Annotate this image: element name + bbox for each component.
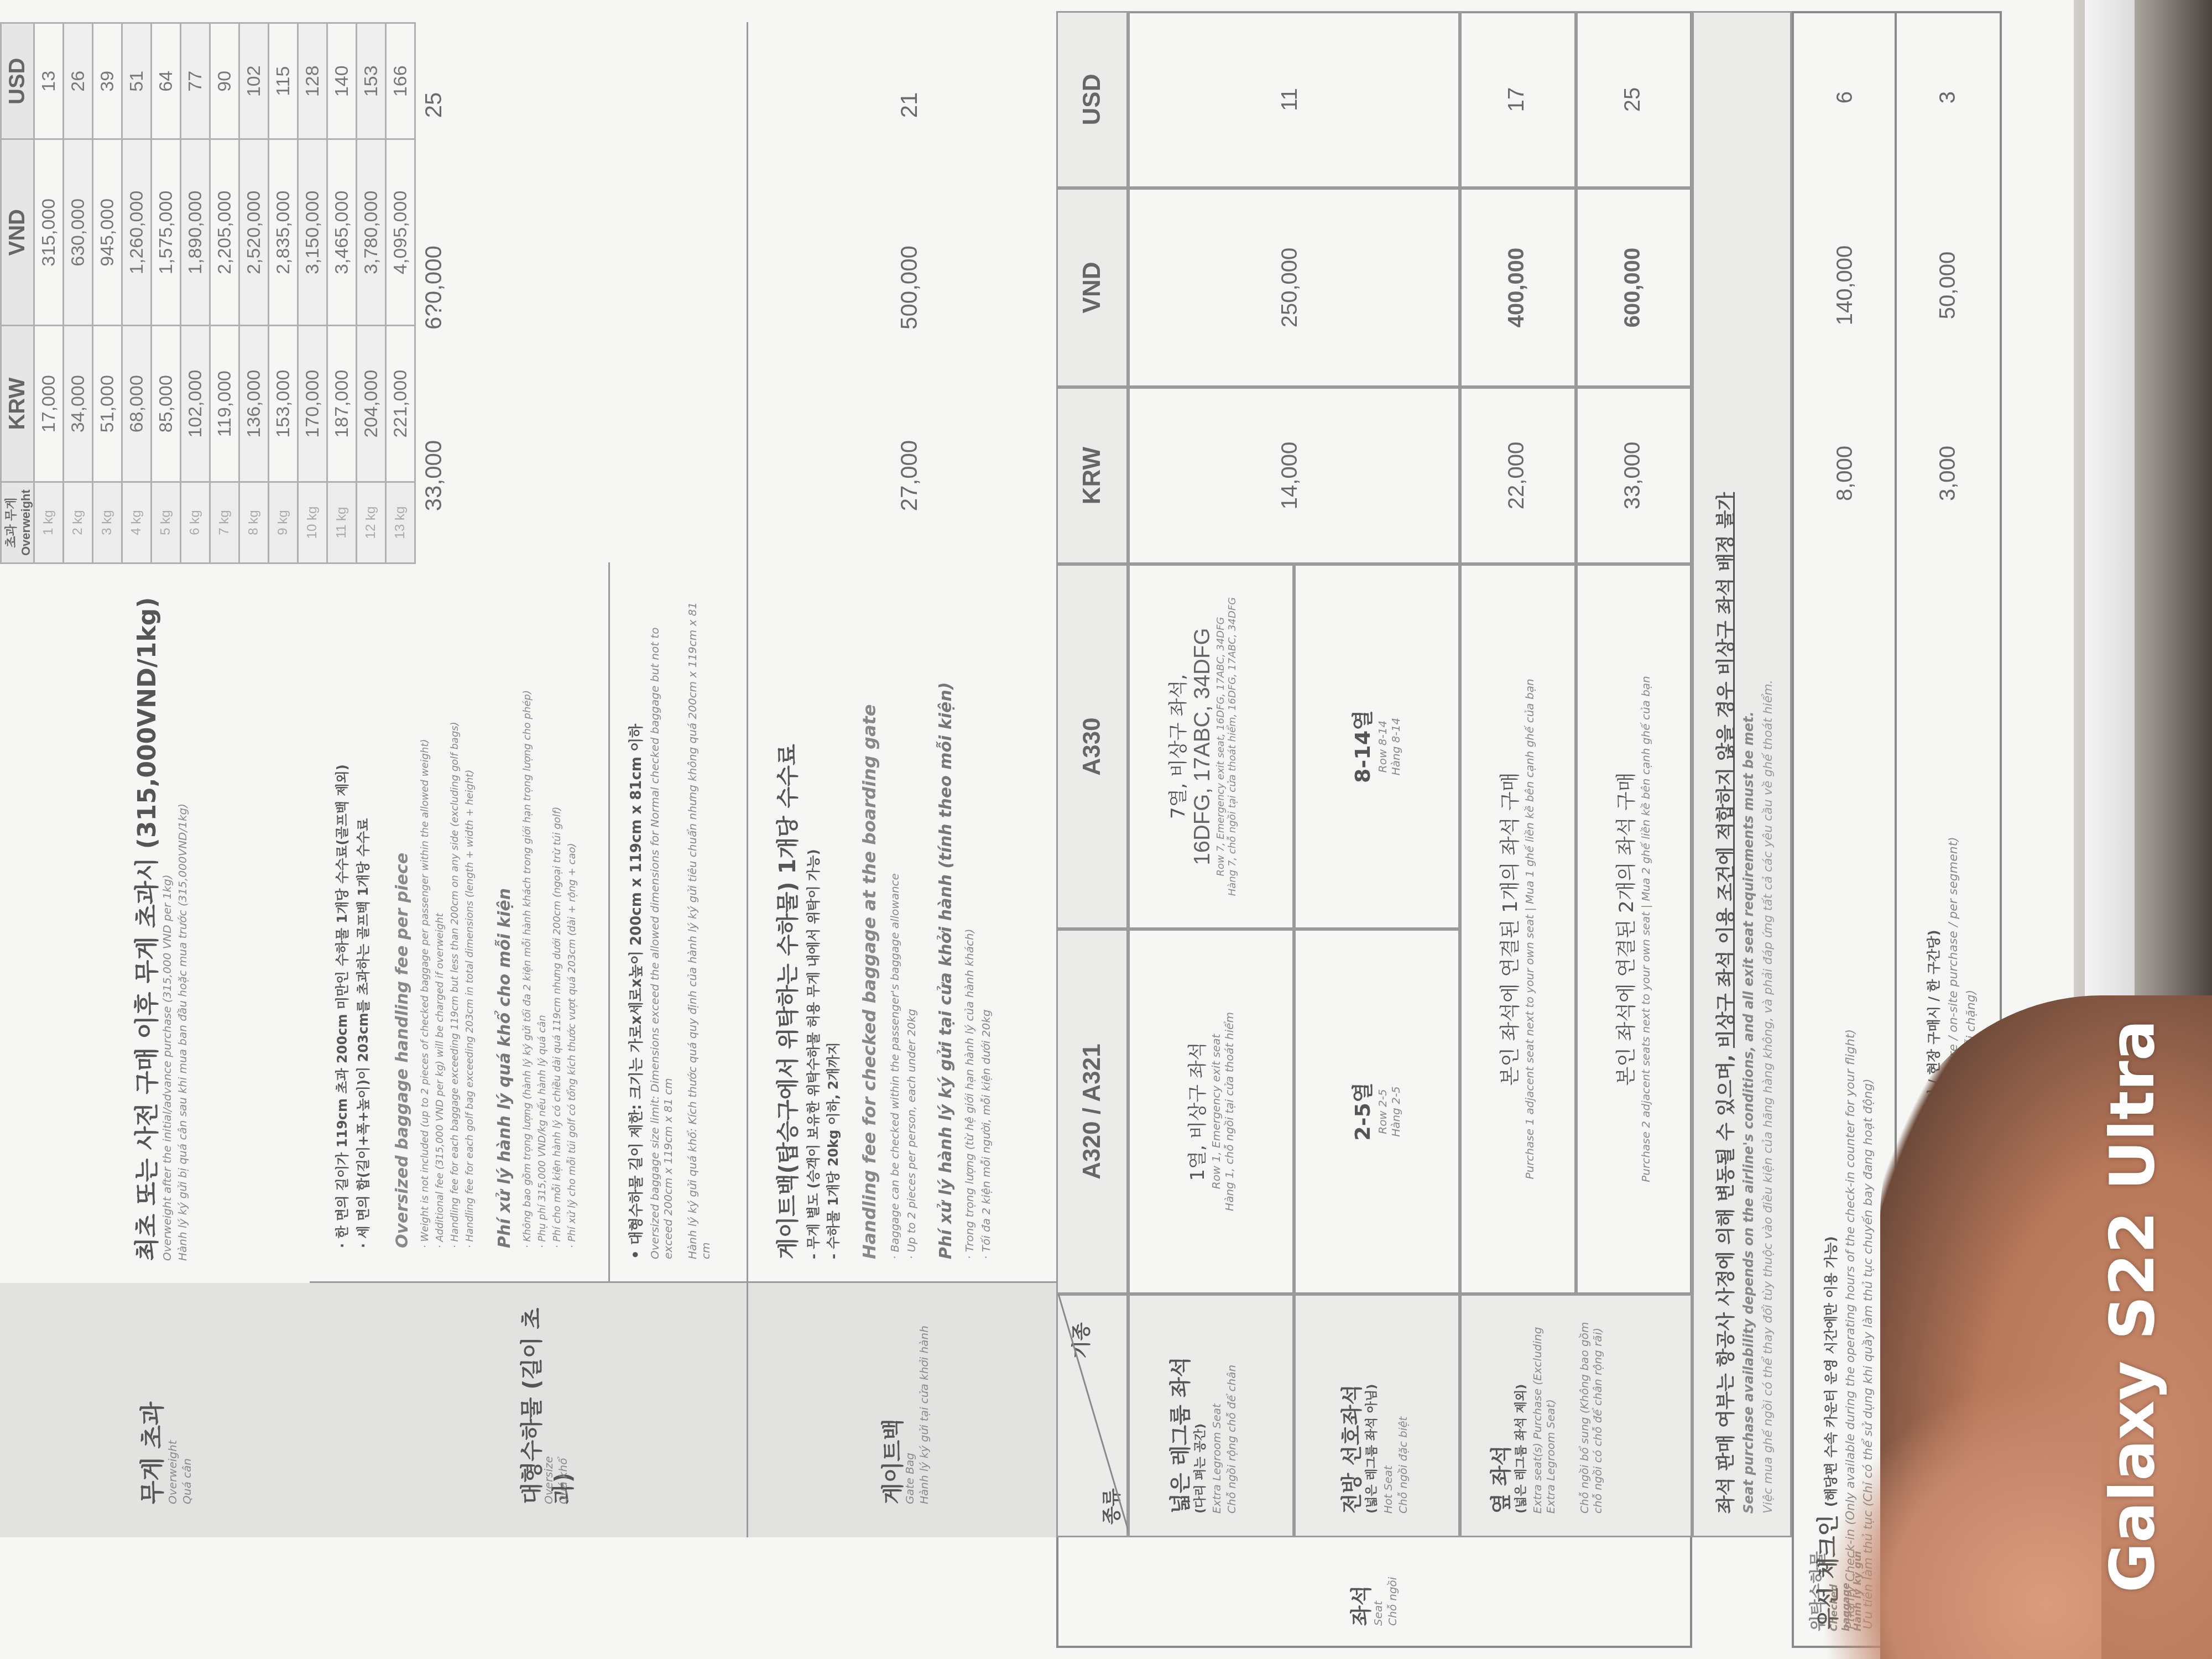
aircraft-a330-header: A330 — [1056, 564, 1128, 929]
seat-notice: 좌석 판매 여부는 항공사 사정에 의해 변동될 수 있으며, 비상구 좌석 이… — [1692, 11, 1792, 1537]
table-row: 2 kg34,000630,00026 — [64, 23, 93, 564]
table-row: 5 kg85,0001,575,00064 — [152, 23, 181, 564]
table-row: 11 kg187,0003,465,000140 — [327, 23, 357, 564]
overweight-label-cell: 무게 초과 Overweight Quá cân — [0, 1283, 310, 1537]
overweight-table: 초과 무게 OverweightKRWVNDUSD 1 kg17,000315,… — [0, 22, 416, 564]
extra-legroom-label: 넓은 레그룸 좌석 (다리 펴는 공간) Extra Legroom Seat … — [1128, 1294, 1294, 1537]
gatebag-desc-cell: 게이트백(탑승구에서 위탁하는 수하물) 1개당 수수료 - 무게 별도 (승객… — [747, 564, 1056, 1283]
table-row: 7 kg119,0002,205,00090 — [210, 23, 239, 564]
table-row: 10 kg170,0003,150,000128 — [298, 23, 327, 564]
krw-header: KRW — [1056, 387, 1128, 564]
overweight-table-wrap: 초과 무게 OverweightKRWVNDUSD 1 kg17,000315,… — [0, 22, 387, 564]
oversize-notes-ko: · 한 면의 길이가 119cm 초과 200cm 미만인 수하물 1개당 수수… — [332, 764, 374, 1248]
table-row: 12 kg204,0003,780,000153 — [357, 23, 386, 564]
extra-seat-label: 옆 좌석 (넓은 레그룸 좌석 제외) Extra seat(s) Purcha… — [1460, 1294, 1692, 1537]
table-row: 13 kg221,0004,095,000166 — [386, 23, 415, 564]
type-aircraft-header: 종류 기종 — [1056, 1294, 1128, 1537]
table-row: 4 kg68,0001,260,00051 — [122, 23, 152, 564]
table-row: 6 kg102,0001,890,00077 — [181, 23, 210, 564]
gatebag-vi-lines: · Trong trọng lượng (từ hệ giới hạn hành… — [961, 929, 994, 1259]
overweight-desc-cell: 최초 또는 사전 구매 이후 무게 초과시 (315,000VND/1kg) O… — [0, 564, 310, 1283]
oversize-en-lines: · Weight is not included (up to 2 pieces… — [418, 596, 477, 1248]
extra-legroom-a330: 7열, 비상구 좌석, 16DFG, 17ABC, 34DFG Row 7, E… — [1128, 564, 1294, 929]
aircraft-a320-header: A320 / A321 — [1056, 929, 1128, 1294]
camera-watermark: Galaxy S22 Ultra — [2097, 1020, 2168, 1593]
diagonal-line-icon — [1058, 1292, 1130, 1536]
notice-ko: 좌석 판매 여부는 항공사 사정에 의해 변동될 수 있으며, 비상구 좌석 이… — [1710, 492, 1738, 1514]
gatebag-notes-ko: - 무게 별도 (승객이 보유한 위탁수하물 허용 무게 내에서 위탁이 가능)… — [804, 849, 843, 1259]
overweight-header-1: KRW — [1, 326, 34, 482]
overweight-header-3: USD — [1, 23, 34, 139]
divider — [608, 562, 610, 1281]
usd-header: USD — [1056, 11, 1128, 188]
table-row: 1 kg17,000315,00013 — [34, 23, 64, 564]
left-margin: 위탁수하물 Checked baggage Hành lý ký gửi — [11, 1537, 2057, 1637]
extra-seat-option-1: 본인 좌석에 연결된 1개의 좌석 구매 Purchase 1 adjacent… — [1460, 564, 1576, 1294]
seat-label-cell: 좌석 Seat Chỗ ngồi — [1056, 1537, 1692, 1648]
hot-seat-a330: 8-14열 Row 8-14 Hàng 8-14 — [1294, 564, 1460, 929]
hot-seat-a320: 2-5열 Row 2-5 Hàng 2-5 — [1294, 929, 1460, 1294]
gatebag-label-cell: 게이트백 Gate Bag Hành lý ký gửi tại cửa khở… — [747, 1283, 1056, 1537]
vnd-header: VND — [1056, 188, 1128, 387]
oversize-desc-cell: · 한 면의 길이가 119cm 초과 200cm 미만인 수하물 1개당 수수… — [310, 564, 747, 1283]
oversize-vi-lines: · Không bao gồm trọng lượng (hành lý ký … — [520, 596, 580, 1248]
oversize-label-cell: 대형수하물 (길이 초과) Oversize Quá khổ — [310, 1283, 747, 1537]
table-row: 8 kg136,0002,520,000102 — [239, 23, 269, 564]
table-row: 3 kg51,000945,00039 — [93, 23, 122, 564]
extra-seat-option-2: 본인 좌석에 연결된 2개의 좌석 구매 Purchase 2 adjacent… — [1576, 564, 1692, 1294]
hot-seat-label: 전방 선호좌석 (넓은 레그룸 좌석 아님) Hot Seat Chỗ ngồi… — [1294, 1294, 1460, 1537]
fee-sheet: 위탁수하물 Checked baggage Hành lý ký gửi 무게 … — [0, 0, 2074, 1659]
extra-legroom-a320: 1열, 비상구 좌석 Row 1, Emergency exit seat Hà… — [1128, 929, 1294, 1294]
overweight-header-2: VND — [1, 139, 34, 326]
gatebag-en-lines: · Baggage can be checked within the pass… — [886, 873, 920, 1259]
overweight-header-0: 초과 무게 Overweight — [1, 482, 34, 564]
table-row: 9 kg153,0002,835,000115 — [269, 23, 298, 564]
finger — [1825, 1383, 2101, 1659]
